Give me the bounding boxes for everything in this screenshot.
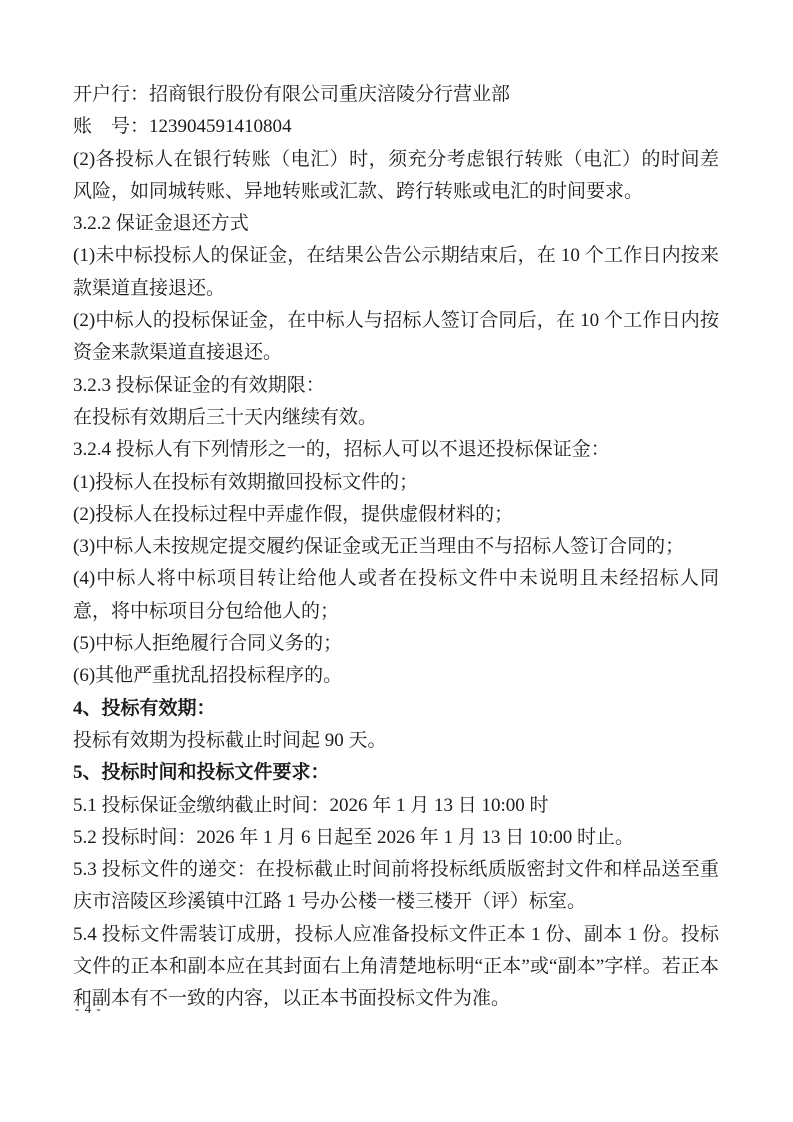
- para-5-2-bid-period: 5.2 投标时间：2026 年 1 月 6 日起至 2026 年 1 月 13 …: [73, 822, 719, 854]
- item-5-refuse-obligations: (5)中标人拒绝履行合同义务的；: [73, 628, 719, 660]
- heading-4-bid-validity: 4、投标有效期：: [73, 693, 719, 725]
- item-6-disrupt-procedure: (6)其他严重扰乱招投标程序的。: [73, 660, 719, 692]
- para-refund-unsuccessful-bidder: (1)未中标投标人的保证金，在结果公告公示期结束后，在 10 个工作日内按来款渠…: [73, 240, 719, 305]
- line-bank-branch: 开户行：招商银行股份有限公司重庆涪陵分行营业部: [73, 79, 719, 111]
- heading-3-2-4-forfeit-conditions: 3.2.4 投标人有下列情形之一的，招标人可以不退还投标保证金：: [73, 434, 719, 466]
- heading-5-bid-time-requirements: 5、投标时间和投标文件要求：: [73, 757, 719, 789]
- para-transfer-risk-note: (2)各投标人在银行转账（电汇）时，须充分考虑银行转账（电汇）的时间差风险，如同…: [73, 144, 719, 209]
- page-number: - 4 -: [75, 1001, 102, 1017]
- para-5-3-document-delivery: 5.3 投标文件的递交：在投标截止时间前将投标纸质版密封文件和样品送至重庆市涪陵…: [73, 854, 719, 919]
- para-5-4-binding-requirements: 5.4 投标文件需装订成册，投标人应准备投标文件正本 1 份、副本 1 份。投标…: [73, 919, 719, 1016]
- para-bid-validity-90-days: 投标有效期为投标截止时间起 90 天。: [73, 725, 719, 757]
- item-2-fraud-materials: (2)投标人在投标过程中弄虚作假，提供虚假材料的；: [73, 499, 719, 531]
- para-validity-extension: 在投标有效期后三十天内继续有效。: [73, 402, 719, 434]
- para-5-1-deposit-deadline: 5.1 投标保证金缴纳截止时间：2026 年 1 月 13 日 10:00 时: [73, 790, 719, 822]
- line-account-number: 账 号：123904591410804: [73, 111, 719, 143]
- para-refund-winning-bidder: (2)中标人的投标保证金，在中标人与招标人签订合同后，在 10 个工作日内按资金…: [73, 305, 719, 370]
- item-4-transfer-project: (4)中标人将中标项目转让给他人或者在投标文件中未说明且未经招标人同意，将中标项…: [73, 563, 719, 628]
- document-text-block: 开户行：招商银行股份有限公司重庆涪陵分行营业部 账 号：123904591410…: [73, 79, 719, 1016]
- heading-3-2-2-refund-method: 3.2.2 保证金退还方式: [73, 208, 719, 240]
- item-3-no-contract-signing: (3)中标人未按规定提交履约保证金或无正当理由不与招标人签订合同的；: [73, 531, 719, 563]
- heading-3-2-3-deposit-validity: 3.2.3 投标保证金的有效期限：: [73, 370, 719, 402]
- document-page: 开户行：招商银行股份有限公司重庆涪陵分行营业部 账 号：123904591410…: [0, 0, 793, 1122]
- item-1-withdraw-bid: (1)投标人在投标有效期撤回投标文件的；: [73, 467, 719, 499]
